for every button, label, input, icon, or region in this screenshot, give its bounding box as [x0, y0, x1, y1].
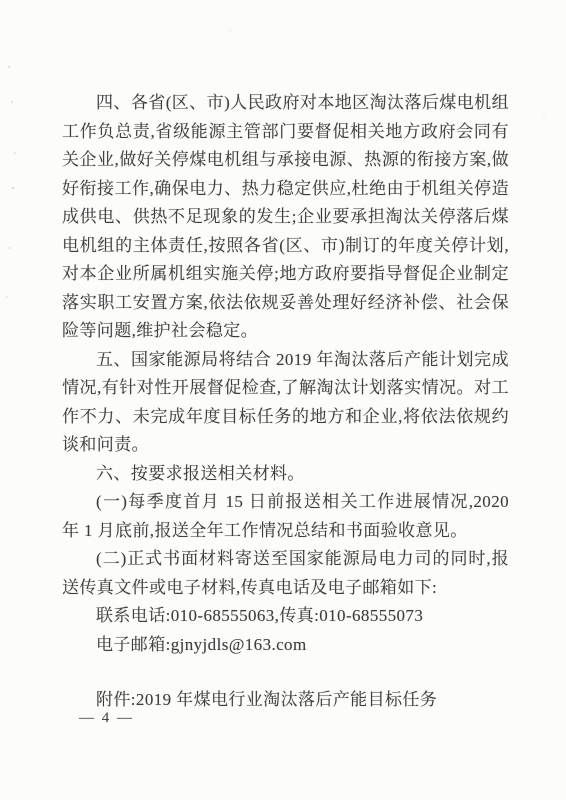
paragraph-section-5: 五、国家能源局将结合 2019 年淘汰落后产能计划完成情况,有针对性开展督促检查…	[62, 346, 509, 460]
paragraph-section-4: 四、各省(区、市)人民政府对本地区淘汰落后煤电机组工作负总责,省级能源主管部门要…	[62, 89, 509, 346]
paragraph-item-1: (一)每季度首月 15 日前报送相关工作进展情况,2020 年 1 月底前,报送…	[62, 488, 509, 545]
scan-noise-artifacts	[0, 0, 2, 2]
scanned-document-page: 四、各省(区、市)人民政府对本地区淘汰落后煤电机组工作负总责,省级能源主管部门要…	[0, 0, 566, 800]
contact-phone-line: 联系电话:010-68555063,传真:010-68555073	[62, 602, 509, 631]
document-text-block: 四、各省(区、市)人民政府对本地区淘汰落后煤电机组工作负总责,省级能源主管部门要…	[62, 89, 509, 715]
contact-email-line: 电子邮箱:gjnyjdls@163.com	[62, 631, 509, 660]
paragraph-item-2: (二)正式书面材料寄送至国家能源局电力司的同时,报送传真文件或电子材料,传真电话…	[62, 545, 509, 602]
paragraph-section-6: 六、按要求报送相关材料。	[62, 460, 509, 489]
page-number: — 4 —	[79, 710, 134, 726]
page-footer: — 4 —	[79, 710, 134, 727]
